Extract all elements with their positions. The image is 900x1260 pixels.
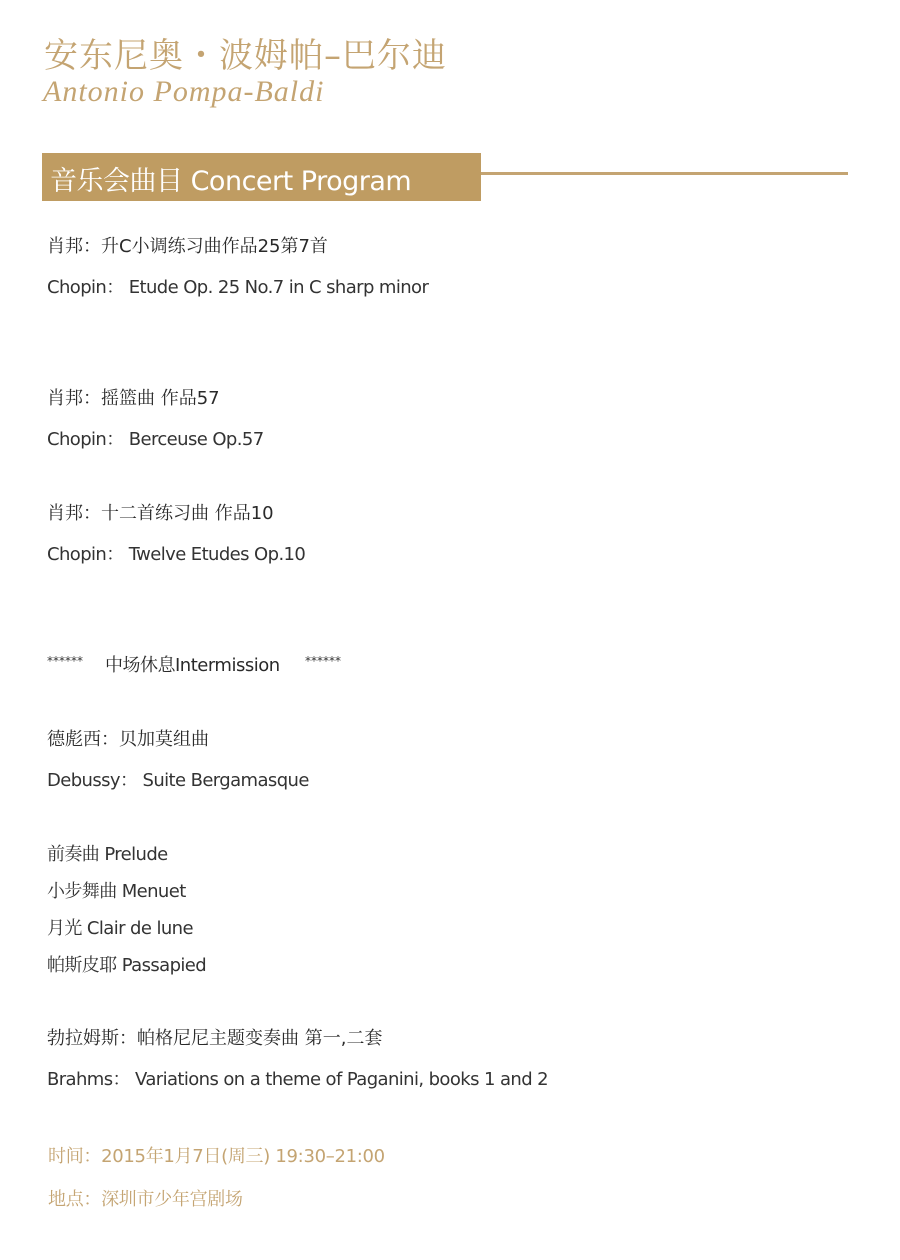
piece-2-title-en: Chopin： Berceuse Op.57 [47,425,264,451]
movement-prelude: 前奏曲 Prelude [47,840,168,866]
piece-1-title-cn: 肖邦：升C小调练习曲作品25第7首 [47,232,328,258]
piece-1-title-en: Chopin： Etude Op. 25 No.7 in C sharp min… [47,273,428,299]
performer-name-en: Antonio Pompa-Baldi [43,75,324,109]
intermission-label: 中场休息Intermission [105,651,280,677]
movement-menuet: 小步舞曲 Menuet [47,877,186,903]
movement-clair-de-lune: 月光 Clair de lune [47,914,193,940]
performer-name-cn: 安东尼奥・波姆帕–巴尔迪 [44,28,447,77]
piece-5-title-cn: 勃拉姆斯：帕格尼尼主题变奏曲 第一,二套 [47,1024,382,1050]
intermission-stars-left: ****** [47,654,83,668]
piece-3-title-cn: 肖邦：十二首练习曲 作品10 [47,499,274,525]
piece-5-title-en: Brahms： Variations on a theme of Paganin… [47,1065,548,1091]
piece-4-title-en: Debussy： Suite Bergamasque [47,766,309,792]
piece-2-title-cn: 肖邦：摇篮曲 作品57 [47,384,220,410]
piece-4-title-cn: 德彪西：贝加莫组曲 [47,725,209,751]
concert-venue: 地点：深圳市少年宫剧场 [48,1185,243,1211]
piece-3-title-en: Chopin： Twelve Etudes Op.10 [47,540,305,566]
banner-divider-line [481,172,848,175]
movement-passapied: 帕斯皮耶 Passapied [47,951,206,977]
program-banner-title: 音乐会曲目 Concert Program [50,159,411,198]
intermission-stars-right: ****** [305,654,341,668]
concert-time: 时间：2015年1月7日(周三) 19:30–21:00 [48,1142,385,1168]
